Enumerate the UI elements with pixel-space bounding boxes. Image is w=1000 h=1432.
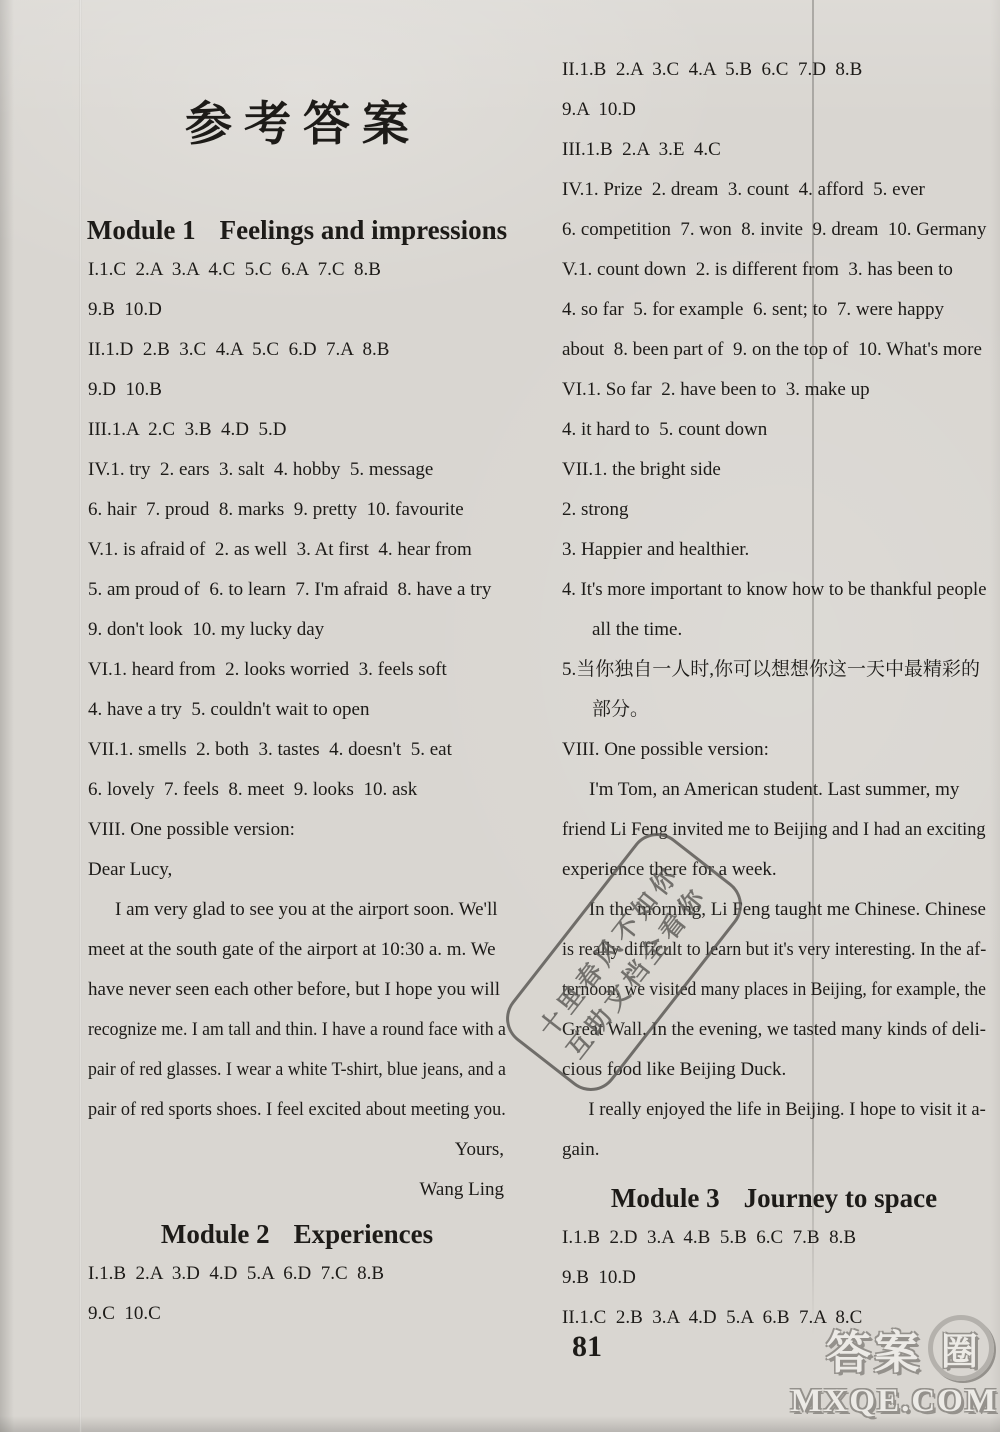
text-line: 4. it hard to 5. count down	[562, 410, 986, 450]
text-line: 4. It's more important to know how to be…	[562, 570, 977, 610]
text-line: 9.D 10.B	[88, 370, 506, 410]
text-line: VIII. One possible version:	[88, 810, 506, 850]
text-line: 2. strong	[562, 490, 986, 530]
text-line: V.1. count down 2. is different from 3. …	[562, 250, 986, 290]
module-2-label: Module 2	[161, 1214, 270, 1254]
text-line: I.1.B 2.A 3.D 4.D 5.A 6.D 7.C 8.B	[88, 1254, 506, 1294]
text-line: VI.1. heard from 2. looks worried 3. fee…	[88, 650, 506, 690]
text-line: 9.A 10.D	[562, 90, 986, 130]
text-line: 9.B 10.D	[88, 290, 506, 330]
text-line: IV.1. Prize 2. dream 3. count 4. afford …	[562, 170, 986, 210]
page-title: 参考答案	[88, 92, 506, 158]
text-line: 5. am proud of 6. to learn 7. I'm afraid…	[88, 570, 506, 610]
module-3-name: Journey to space	[744, 1178, 937, 1218]
watermark-site: MXQE.COM	[790, 1383, 998, 1420]
paper-crease-line	[79, 0, 82, 1432]
module-1-label: Module 1	[87, 210, 196, 250]
text-line: 4. so far 5. for example 6. sent; to 7. …	[562, 290, 986, 330]
scanned-answer-page: 参考答案 Module 1 Feelings and impressions I…	[0, 0, 1000, 1432]
text-line: 4. have a try 5. couldn't wait to open	[88, 690, 506, 730]
text-line: friend Li Feng invited me to Beijing and…	[562, 810, 971, 850]
text-line: recognize me. I am tall and thin. I have…	[88, 1010, 478, 1050]
text-line: I.1.C 2.A 3.A 4.C 5.C 6.A 7.C 8.B	[88, 250, 506, 290]
text-line: pair of red sports shoes. I feel excited…	[88, 1090, 489, 1130]
text-line: VII.1. smells 2. both 3. tastes 4. doesn…	[88, 730, 506, 770]
text-line: pair of red glasses. I wear a white T-sh…	[88, 1050, 480, 1090]
text-line: meet at the south gate of the airport at…	[88, 930, 506, 970]
text-line: Wang Ling	[88, 1170, 506, 1210]
text-line: I am very glad to see you at the airport…	[88, 890, 506, 930]
text-line: I.1.B 2.D 3.A 4.B 5.B 6.C 7.B 8.B	[562, 1218, 986, 1258]
text-line: II.1.B 2.A 3.C 4.A 5.B 6.C 7.D 8.B	[562, 50, 986, 90]
text-line: have never seen each other before, but I…	[88, 970, 506, 1010]
watermark-brand: 答案 圈	[790, 1315, 998, 1381]
text-line: VIII. One possible version:	[562, 730, 986, 770]
text-line: 6. lovely 7. feels 8. meet 9. looks 10. …	[88, 770, 506, 810]
text-line: about 8. been part of 9. on the top of 1…	[562, 330, 986, 370]
text-line: III.1.B 2.A 3.E 4.C	[562, 130, 986, 170]
page-number: 81	[572, 1330, 602, 1364]
text-line: II.1.D 2.B 3.C 4.A 5.C 6.D 7.A 8.B	[88, 330, 506, 370]
text-line: III.1.A 2.C 3.B 4.D 5.D	[88, 410, 506, 450]
module-2-heading: Module 2 Experiences	[88, 1214, 506, 1254]
text-line: 6. hair 7. proud 8. marks 9. pretty 10. …	[88, 490, 506, 530]
module-1-heading: Module 1 Feelings and impressions	[88, 210, 506, 250]
text-line: 9.B 10.D	[562, 1258, 986, 1298]
text-line: VI.1. So far 2. have been to 3. make up	[562, 370, 986, 410]
text-line: 5.当你独自一人时,你可以想想你这一天中最精彩的	[562, 650, 986, 690]
text-line: I'm Tom, an American student. Last summe…	[562, 770, 986, 810]
text-line: IV.1. try 2. ears 3. salt 4. hobby 5. me…	[88, 450, 506, 490]
text-line: Dear Lucy,	[88, 850, 506, 890]
module-3-heading: Module 3 Journey to space	[562, 1178, 986, 1218]
watermark-brand-text: 答案	[826, 1316, 922, 1381]
module-1-name: Feelings and impressions	[220, 210, 508, 250]
text-line: gain.	[562, 1130, 986, 1170]
text-line: 9. don't look 10. my lucky day	[88, 610, 506, 650]
module-2-answers: I.1.B 2.A 3.D 4.D 5.A 6.D 7.C 8.B9.C 10.…	[88, 1254, 506, 1334]
text-line: 9.C 10.C	[88, 1294, 506, 1334]
text-line: Yours,	[88, 1130, 506, 1170]
text-line: 3. Happier and healthier.	[562, 530, 986, 570]
text-line: V.1. is afraid of 2. as well 3. At first…	[88, 530, 506, 570]
text-line: all the time.	[562, 610, 986, 650]
watermark-circle-logo: 圈	[928, 1315, 994, 1381]
right-column: II.1.B 2.A 3.C 4.A 5.B 6.C 7.D 8.B9.A 10…	[562, 0, 986, 1338]
left-column: 参考答案 Module 1 Feelings and impressions I…	[88, 0, 506, 1334]
module-1-answers: I.1.C 2.A 3.A 4.C 5.C 6.A 7.C 8.B9.B 10.…	[88, 250, 506, 1210]
text-line: 6. competition 7. won 8. invite 9. dream…	[562, 210, 983, 250]
text-line: 部分。	[562, 690, 986, 730]
module-3-label: Module 3	[611, 1178, 720, 1218]
module-2-name: Experiences	[294, 1214, 433, 1254]
watermark: 答案 圈 MXQE.COM	[790, 1315, 998, 1420]
text-line: VII.1. the bright side	[562, 450, 986, 490]
text-line: I really enjoyed the life in Beijing. I …	[562, 1090, 976, 1130]
